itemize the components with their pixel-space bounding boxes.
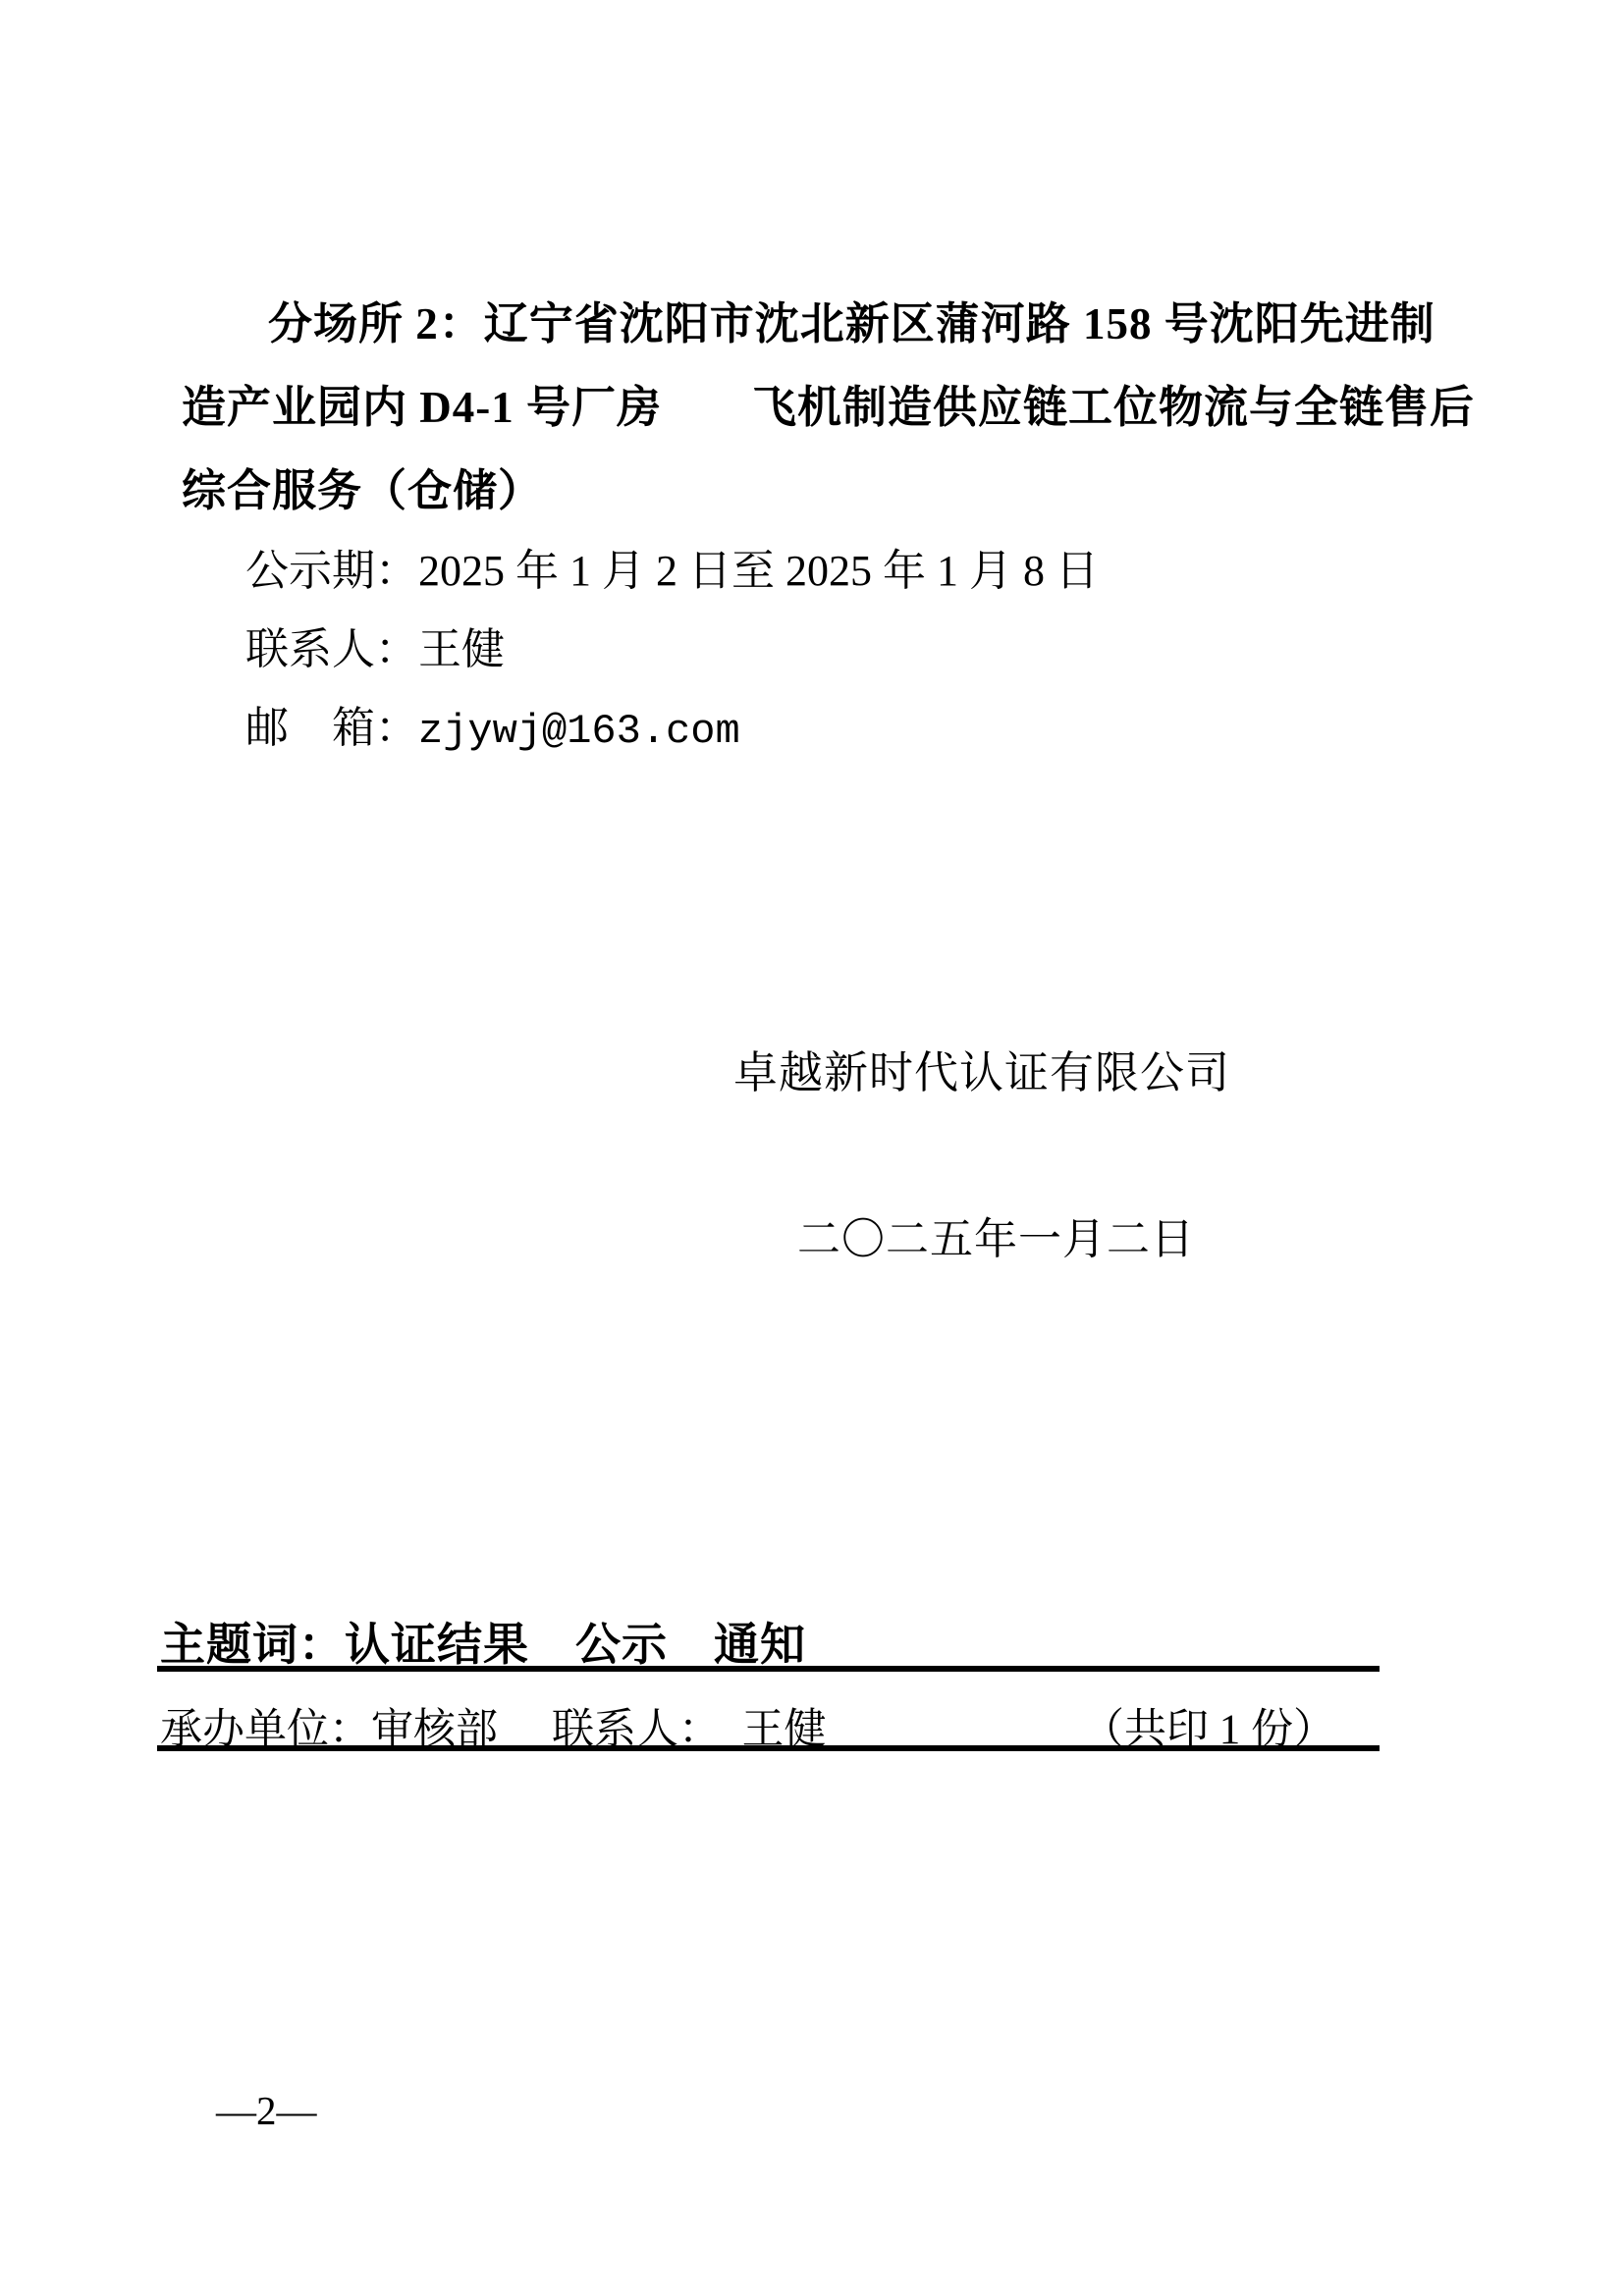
footer-divider-top xyxy=(157,1666,1380,1672)
page-number: —2— xyxy=(216,2087,317,2134)
email-line: 邮 箱：zjywj@163.com xyxy=(245,689,1384,771)
email-value: zjywj@163.com xyxy=(418,708,740,755)
issuing-company-name: 卓越新时代认证有限公司 xyxy=(733,1037,1230,1100)
contact-person-line: 联系人：王健 xyxy=(245,611,1384,689)
issue-date: 二〇二五年一月二日 xyxy=(797,1203,1195,1266)
venue-paragraph: 分场所 2：辽宁省沈阳市沈北新区蒲河路 158 号沈阳先进制 造产业园内 D4-… xyxy=(182,283,1389,533)
subject-keywords-row: 主题词：认证结果 公示 通知 xyxy=(160,1609,806,1674)
venue-paragraph-line-1: 分场所 2：辽宁省沈阳市沈北新区蒲河路 158 号沈阳先进制 xyxy=(182,283,1389,366)
footer-divider-bottom xyxy=(157,1745,1380,1751)
detail-block: 公示期：2025 年 1 月 2 日至 2025 年 1 月 8 日 联系人：王… xyxy=(245,532,1384,771)
publicity-period-line: 公示期：2025 年 1 月 2 日至 2025 年 1 月 8 日 xyxy=(245,532,1384,611)
venue-paragraph-line-2: 造产业园内 D4-1 号厂房 飞机制造供应链工位物流与全链售后 xyxy=(182,366,1389,450)
venue-paragraph-line-3: 综合服务（仓储） xyxy=(182,450,1389,533)
document-page: 分场所 2：辽宁省沈阳市沈北新区蒲河路 158 号沈阳先进制 造产业园内 D4-… xyxy=(0,0,1624,2296)
email-label: 邮 箱： xyxy=(245,704,418,752)
